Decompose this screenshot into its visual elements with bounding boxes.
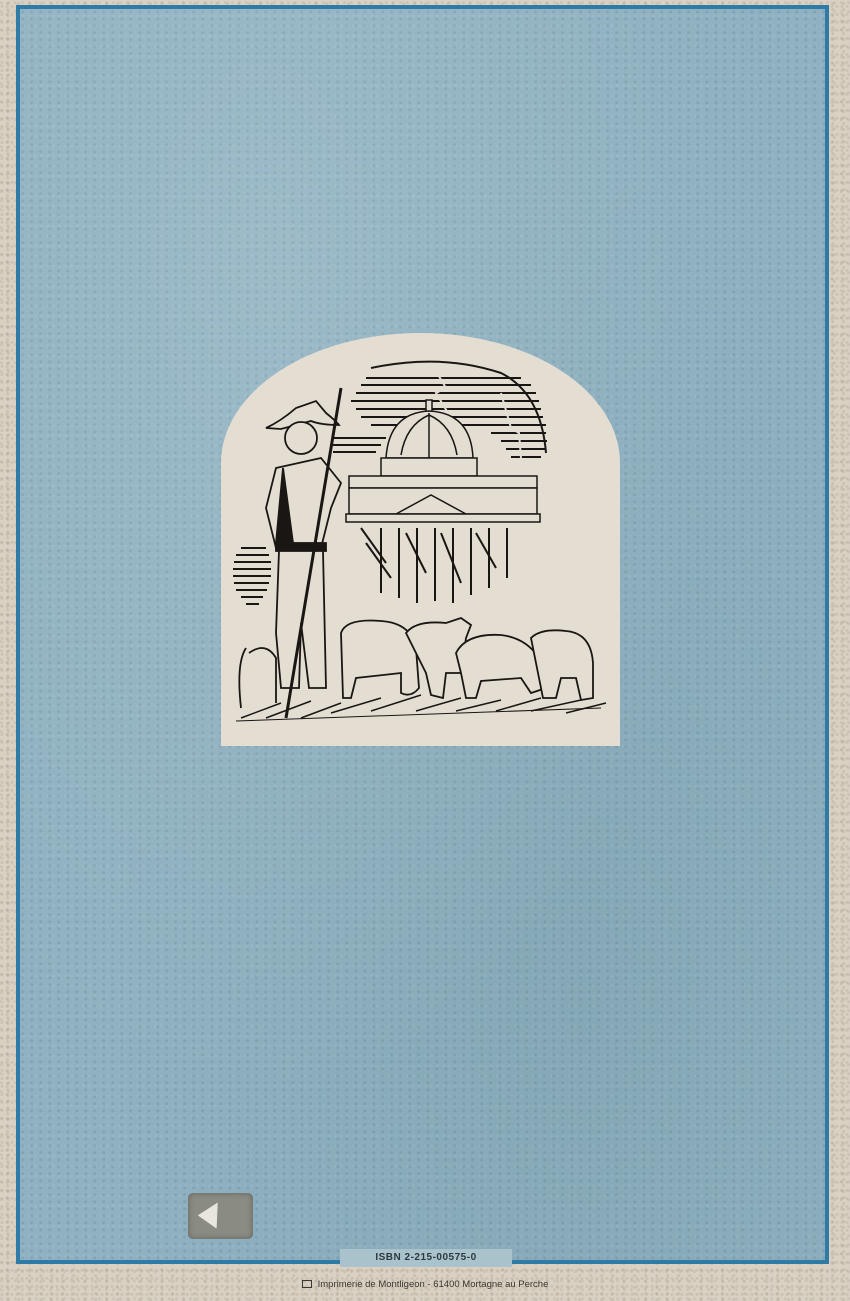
printer-footer: Imprimerie de Montligeon - 61400 Mortagn…	[0, 1279, 850, 1290]
price-sticker	[188, 1193, 253, 1239]
printer-text: Imprimerie de Montligeon - 61400 Mortagn…	[318, 1279, 549, 1290]
torn-sticker-icon	[198, 1197, 229, 1228]
cover-illustration	[221, 333, 620, 746]
shepherd-basilica-illustration-icon	[221, 333, 620, 746]
isbn-label: ISBN 2-215-00575-0	[340, 1249, 512, 1267]
printer-logo-icon	[302, 1280, 312, 1288]
